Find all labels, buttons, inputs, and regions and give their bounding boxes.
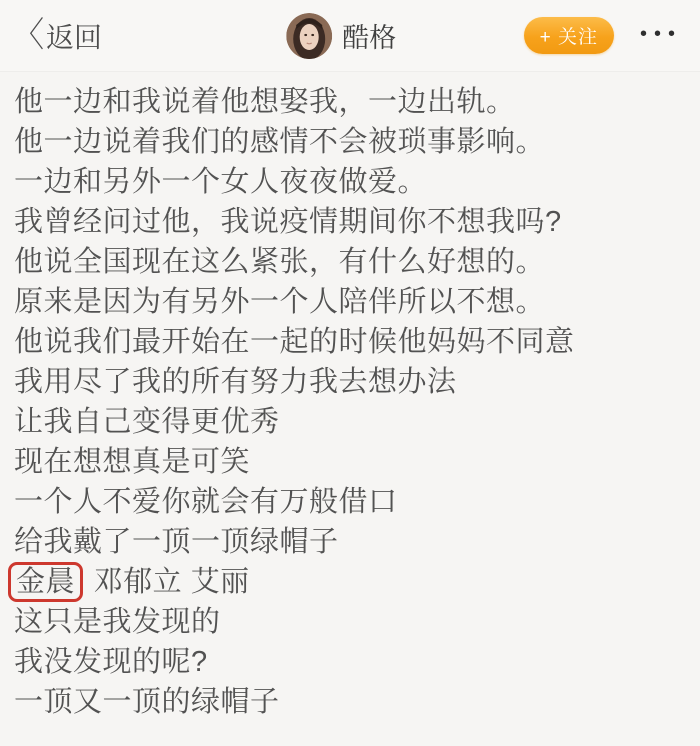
post-line: 他说全国现在这么紧张，有什么好想的。	[14, 242, 686, 282]
post-line: 给我戴了一顶一顶绿帽子	[14, 522, 686, 562]
post-line: 现在想想真是可笑	[14, 442, 686, 482]
post-line: 一边和另外一个女人夜夜做爱。	[14, 162, 686, 202]
post-line: 我用尽了我的所有努力我去想办法	[14, 362, 686, 402]
post-line: 一个人不爱你就会有万般借口	[14, 482, 686, 522]
nav-bar: 〈 返回	[0, 0, 700, 72]
post-line: 让我自己变得更优秀	[14, 402, 686, 442]
post-line: 他一边和我说着他想娶我，一边出轨。	[14, 82, 686, 122]
post-line: 这只是我发现的	[14, 602, 686, 642]
post-line: 他一边说着我们的感情不会被琐事影响。	[14, 122, 686, 162]
username: 酷格	[342, 16, 396, 55]
nav-right-actions: + 关注 •••	[524, 17, 682, 54]
other-names: 邓郁立 艾丽	[94, 566, 250, 598]
app-screen: 〈 返回	[0, 0, 700, 746]
follow-button[interactable]: + 关注	[524, 17, 614, 54]
more-options-icon[interactable]: •••	[640, 24, 682, 48]
post-line: 我曾经问过他，我说疫情期间你不想我吗?	[14, 202, 686, 242]
back-button[interactable]: 〈 返回	[14, 16, 102, 56]
red-circled-name: 金晨	[8, 562, 83, 602]
profile-summary[interactable]: 酷格	[286, 13, 396, 59]
back-chevron-icon: 〈	[14, 18, 44, 53]
avatar	[286, 13, 332, 59]
post-content: 他一边和我说着他想娶我，一边出轨。 他一边说着我们的感情不会被琐事影响。 一边和…	[0, 72, 700, 722]
post-line-names: 金晨 邓郁立 艾丽	[14, 562, 686, 602]
post-line: 原来是因为有另外一个人陪伴所以不想。	[14, 282, 686, 322]
post-line: 他说我们最开始在一起的时候他妈妈不同意	[14, 322, 686, 362]
post-line: 我没发现的呢?	[14, 642, 686, 682]
post-line: 一顶又一顶的绿帽子	[14, 682, 686, 722]
back-label: 返回	[46, 16, 102, 56]
